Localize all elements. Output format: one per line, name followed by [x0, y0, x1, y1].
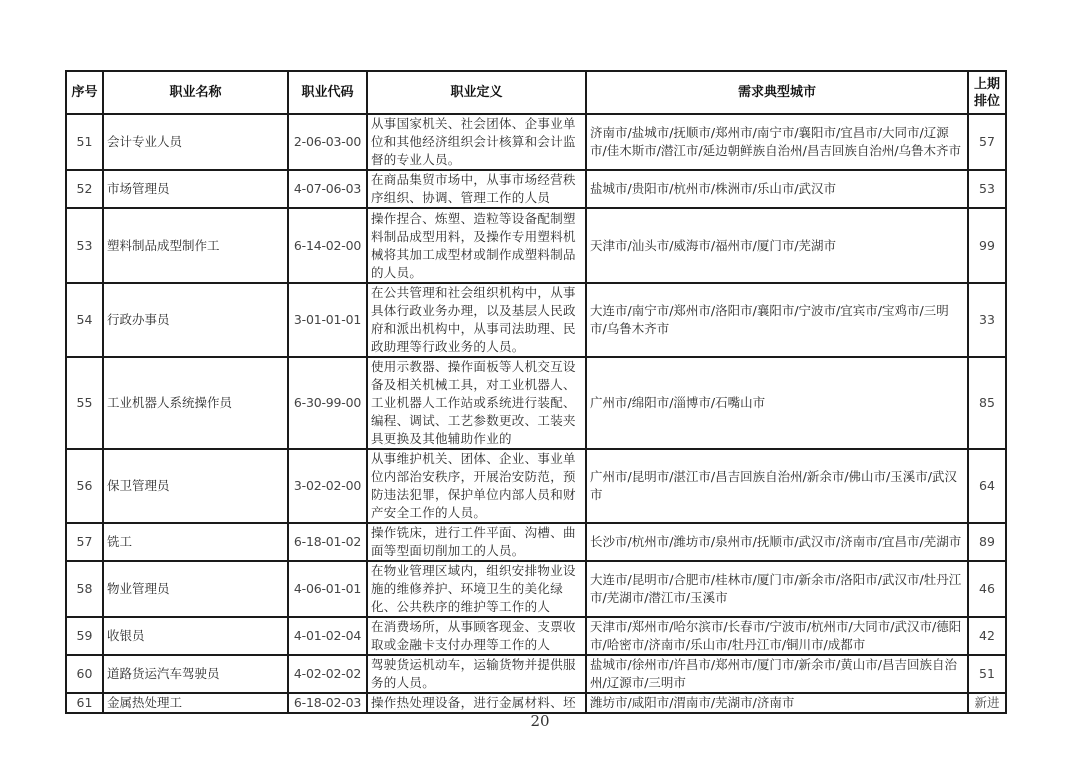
occupation-name: 保卫管理员 — [103, 449, 288, 523]
occupation-code: 6-18-02-03 — [288, 693, 367, 713]
occupation-definition: 从事国家机关、社会团体、企事业单位和其他经济组织会计核算和会计监督的专业人员。 — [367, 114, 586, 170]
prev-rank: 42 — [968, 617, 1006, 655]
row-no: 58 — [66, 561, 103, 617]
table-row: 52 市场管理员 4-07-06-03 在商品集贸市场中，从事市场经营秩序组织、… — [66, 170, 1006, 208]
prev-rank: 57 — [968, 114, 1006, 170]
prev-rank: 85 — [968, 357, 1006, 449]
definition-text: 操作热处理设备，进行金属材料、坯 — [371, 694, 582, 712]
prev-rank: 46 — [968, 561, 1006, 617]
occupation-name: 行政办事员 — [103, 283, 288, 357]
table-row: 61 金属热处理工 6-18-02-03 操作热处理设备，进行金属材料、坯 潍坊… — [66, 693, 1006, 713]
table-row: 51 会计专业人员 2-06-03-00 从事国家机关、社会团体、企事业单位和其… — [66, 114, 1006, 170]
demand-cities: 盐城市/贵阳市/杭州市/株洲市/乐山市/武汉市 — [586, 170, 968, 208]
demand-cities: 长沙市/杭州市/潍坊市/泉州市/抚顺市/武汉市/济南市/宜昌市/芜湖市 — [586, 523, 968, 561]
row-no: 60 — [66, 655, 103, 693]
occupation-definition: 在物业管理区域内，组织安排物业设施的维修养护、环境卫生的美化绿化、公共秩序的维护… — [367, 561, 586, 617]
occupation-code: 6-30-99-00 — [288, 357, 367, 449]
row-no: 51 — [66, 114, 103, 170]
occupation-name: 金属热处理工 — [103, 693, 288, 713]
occupation-definition: 操作热处理设备，进行金属材料、坯 — [367, 693, 586, 713]
page-number: 20 — [0, 712, 1080, 730]
demand-cities: 潍坊市/咸阳市/渭南市/芜湖市/济南市 — [586, 693, 968, 713]
definition-text: 在公共管理和社会组织机构中，从事具体行政业务办理，以及基层人民政府和派出机构中，… — [371, 284, 582, 356]
occupation-code: 6-18-01-02 — [288, 523, 367, 561]
header-row: 序号 职业名称 职业代码 职业定义 需求典型城市 上期排位 — [66, 71, 1006, 114]
row-no: 55 — [66, 357, 103, 449]
occupation-name: 塑料制品成型制作工 — [103, 208, 288, 283]
definition-text: 从事维护机关、团体、企业、事业单位内部治安秩序，开展治安防范，预防违法犯罪，保护… — [371, 450, 582, 522]
demand-cities: 广州市/绵阳市/淄博市/石嘴山市 — [586, 357, 968, 449]
demand-cities: 大连市/昆明市/合肥市/桂林市/厦门市/新余市/洛阳市/武汉市/牡丹江市/芜湖市… — [586, 561, 968, 617]
definition-text: 在物业管理区域内，组织安排物业设施的维修养护、环境卫生的美化绿化、公共秩序的维护… — [371, 562, 582, 616]
prev-rank: 51 — [968, 655, 1006, 693]
occupation-definition: 操作捏合、炼塑、造粒等设备配制塑料制品成型用料，及操作专用塑料机械将其加工成型材… — [367, 208, 586, 283]
row-no: 54 — [66, 283, 103, 357]
header-definition: 职业定义 — [367, 71, 586, 114]
definition-text: 在消费场所，从事顾客现金、支票收取或金融卡支付办理等工作的人 — [371, 618, 582, 654]
occupation-code: 2-06-03-00 — [288, 114, 367, 170]
occupation-definition: 在公共管理和社会组织机构中，从事具体行政业务办理，以及基层人民政府和派出机构中，… — [367, 283, 586, 357]
header-prev-rank: 上期排位 — [968, 71, 1006, 114]
occupation-definition: 使用示教器、操作面板等人机交互设备及相关机械工具，对工业机器人、工业机器人工作站… — [367, 357, 586, 449]
demand-cities: 大连市/南宁市/郑州市/洛阳市/襄阳市/宁波市/宜宾市/宝鸡市/三明市/乌鲁木齐… — [586, 283, 968, 357]
table-row: 56 保卫管理员 3-02-02-00 从事维护机关、团体、企业、事业单位内部治… — [66, 449, 1006, 523]
occupation-definition: 驾驶货运机动车，运输货物并提供服务的人员。 — [367, 655, 586, 693]
prev-rank: 99 — [968, 208, 1006, 283]
definition-text: 操作捏合、炼塑、造粒等设备配制塑料制品成型用料，及操作专用塑料机械将其加工成型材… — [371, 210, 582, 282]
occupation-code: 3-02-02-00 — [288, 449, 367, 523]
occupation-code: 3-01-01-01 — [288, 283, 367, 357]
occupation-code: 4-01-02-04 — [288, 617, 367, 655]
prev-rank: 89 — [968, 523, 1006, 561]
header-code: 职业代码 — [288, 71, 367, 114]
occupation-name: 工业机器人系统操作员 — [103, 357, 288, 449]
occupation-definition: 在消费场所，从事顾客现金、支票收取或金融卡支付办理等工作的人 — [367, 617, 586, 655]
occupation-code: 4-02-02-02 — [288, 655, 367, 693]
table-row: 58 物业管理员 4-06-01-01 在物业管理区域内，组织安排物业设施的维修… — [66, 561, 1006, 617]
row-no: 53 — [66, 208, 103, 283]
occupation-code: 6-14-02-00 — [288, 208, 367, 283]
occupation-name: 物业管理员 — [103, 561, 288, 617]
table-row: 55 工业机器人系统操作员 6-30-99-00 使用示教器、操作面板等人机交互… — [66, 357, 1006, 449]
table-row: 57 铣工 6-18-01-02 操作铣床，进行工件平面、沟槽、曲面等型面切削加… — [66, 523, 1006, 561]
table-row: 54 行政办事员 3-01-01-01 在公共管理和社会组织机构中，从事具体行政… — [66, 283, 1006, 357]
definition-text: 驾驶货运机动车，运输货物并提供服务的人员。 — [371, 656, 582, 692]
demand-cities: 济南市/盐城市/抚顺市/郑州市/南宁市/襄阳市/宜昌市/大同市/辽源市/佳木斯市… — [586, 114, 968, 170]
occupation-table: 序号 职业名称 职业代码 职业定义 需求典型城市 上期排位 51 会计专业人员 … — [65, 70, 1007, 714]
definition-text: 在商品集贸市场中，从事市场经营秩序组织、协调、管理工作的人员 — [371, 171, 582, 207]
definition-text: 操作铣床，进行工件平面、沟槽、曲面等型面切削加工的人员。 — [371, 524, 582, 560]
occupation-definition: 从事维护机关、团体、企业、事业单位内部治安秩序，开展治安防范，预防违法犯罪，保护… — [367, 449, 586, 523]
header-cities: 需求典型城市 — [586, 71, 968, 114]
row-no: 56 — [66, 449, 103, 523]
occupation-code: 4-07-06-03 — [288, 170, 367, 208]
prev-rank: 53 — [968, 170, 1006, 208]
prev-rank: 64 — [968, 449, 1006, 523]
prev-rank: 33 — [968, 283, 1006, 357]
table-row: 60 道路货运汽车驾驶员 4-02-02-02 驾驶货运机动车，运输货物并提供服… — [66, 655, 1006, 693]
occupation-name: 道路货运汽车驾驶员 — [103, 655, 288, 693]
prev-rank: 新进 — [968, 693, 1006, 713]
header-name: 职业名称 — [103, 71, 288, 114]
occupation-definition: 操作铣床，进行工件平面、沟槽、曲面等型面切削加工的人员。 — [367, 523, 586, 561]
row-no: 61 — [66, 693, 103, 713]
occupation-definition: 在商品集贸市场中，从事市场经营秩序组织、协调、管理工作的人员 — [367, 170, 586, 208]
definition-text: 使用示教器、操作面板等人机交互设备及相关机械工具，对工业机器人、工业机器人工作站… — [371, 358, 582, 448]
demand-cities: 天津市/郑州市/哈尔滨市/长春市/宁波市/杭州市/大同市/武汉市/德阳市/哈密市… — [586, 617, 968, 655]
header-no: 序号 — [66, 71, 103, 114]
row-no: 52 — [66, 170, 103, 208]
table-row: 53 塑料制品成型制作工 6-14-02-00 操作捏合、炼塑、造粒等设备配制塑… — [66, 208, 1006, 283]
table-row: 59 收银员 4-01-02-04 在消费场所，从事顾客现金、支票收取或金融卡支… — [66, 617, 1006, 655]
occupation-name: 会计专业人员 — [103, 114, 288, 170]
occupation-code: 4-06-01-01 — [288, 561, 367, 617]
row-no: 59 — [66, 617, 103, 655]
occupation-name: 铣工 — [103, 523, 288, 561]
occupation-name: 收银员 — [103, 617, 288, 655]
occupation-name: 市场管理员 — [103, 170, 288, 208]
demand-cities: 盐城市/徐州市/许昌市/郑州市/厦门市/新余市/黄山市/昌吉回族自治州/辽源市/… — [586, 655, 968, 693]
definition-text: 从事国家机关、社会团体、企事业单位和其他经济组织会计核算和会计监督的专业人员。 — [371, 115, 582, 169]
demand-cities: 天津市/汕头市/威海市/福州市/厦门市/芜湖市 — [586, 208, 968, 283]
row-no: 57 — [66, 523, 103, 561]
demand-cities: 广州市/昆明市/湛江市/昌吉回族自治州/新余市/佛山市/玉溪市/武汉市 — [586, 449, 968, 523]
